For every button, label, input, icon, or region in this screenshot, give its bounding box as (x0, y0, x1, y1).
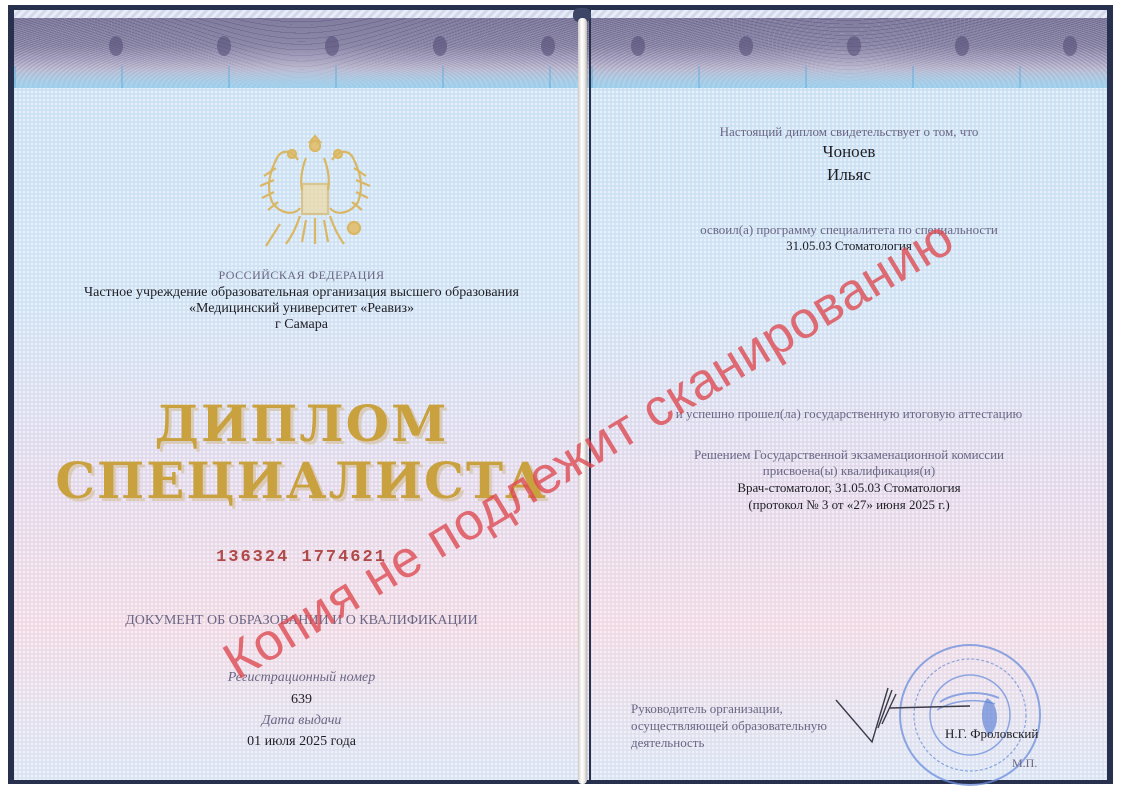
signatory-line-2: осуществляющей образовательную (631, 717, 827, 734)
signatory-name: Н.Г. Фроловский (945, 726, 1038, 742)
specialty: 31.05.03 Стоматология (591, 238, 1107, 254)
microtext-strip (14, 10, 589, 18)
signatory-line-3: деятельность (631, 734, 827, 751)
graduate-given-name: Ильяс (591, 165, 1107, 185)
commission-line-2: присвоена(ы) квалификация(и) (591, 463, 1107, 479)
issue-date-label: Дата выдачи (14, 713, 589, 729)
guilloche-border (591, 18, 1107, 88)
graduate-surname: Чоноев (591, 142, 1107, 162)
binding-cord (578, 18, 587, 784)
protocol: (протокол № 3 от «27» июня 2025 г.) (591, 497, 1107, 513)
left-page: РОССИЙСКАЯ ФЕДЕРАЦИЯ Частное учреждение … (14, 10, 589, 780)
issue-date: 01 июля 2025 года (14, 734, 589, 750)
title-diploma: ДИПЛОМ (14, 394, 589, 453)
certifies-text: Настоящий диплом свидетельствует о том, … (591, 124, 1107, 140)
registration-label: Регистрационный номер (14, 670, 589, 686)
institution-line-1: Частное учреждение образовательная орган… (14, 285, 589, 301)
seal-place-mark: М.П. (1012, 756, 1037, 771)
commission-line-1: Решением Государственной экзаменационной… (591, 447, 1107, 463)
institution-line-2: «Медицинский университет «Реавиз» (14, 301, 589, 317)
institution-city: г Самара (14, 317, 589, 333)
russian-coat-of-arms-icon (250, 128, 380, 268)
registration-number: 639 (14, 692, 589, 708)
microtext-strip (591, 10, 1107, 18)
country-name: РОССИЙСКАЯ ФЕДЕРАЦИЯ (14, 268, 589, 283)
program-text: освоил(а) программу специалитета по спец… (591, 222, 1107, 238)
signatory-title: Руководитель организации, осуществляющей… (631, 700, 827, 751)
signatory-line-1: Руководитель организации, (631, 700, 827, 717)
serial-number: 136324 1774621 (14, 548, 589, 567)
qualification: Врач-стоматолог, 31.05.03 Стоматология (591, 480, 1107, 496)
guilloche-border (14, 18, 589, 88)
